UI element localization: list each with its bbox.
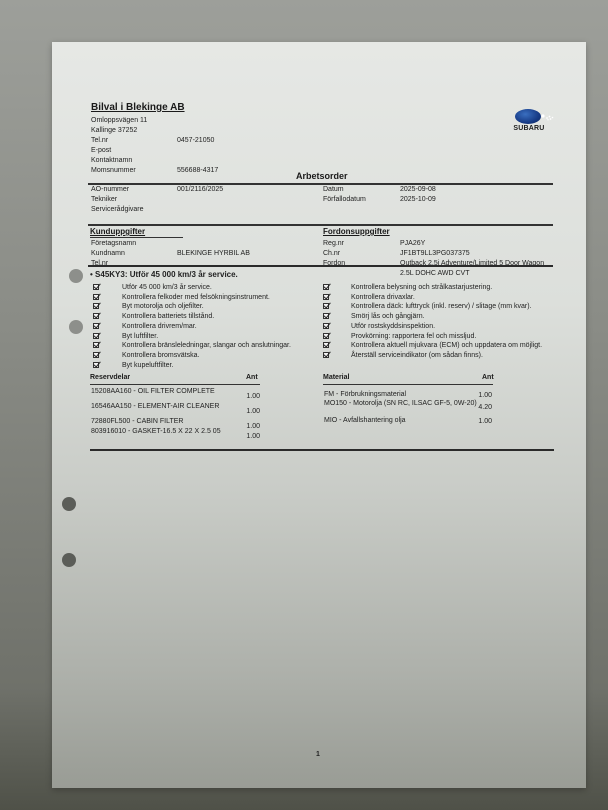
- material-qty: 4.20: [470, 403, 492, 412]
- customer-field-value: BLEKINGE HYRBIL AB: [177, 249, 250, 258]
- vehicle-field-label: Ch.nr: [323, 249, 340, 258]
- order-field-value: 2025-09-08: [400, 185, 436, 194]
- punch-hole: [62, 553, 76, 567]
- vehicle-field-value: 2.5L DOHC AWD CVT: [400, 269, 470, 278]
- work-order-sheet: Bilval i Blekinge AB Omloppsvägen 11 Kal…: [52, 42, 586, 788]
- order-field-label: Förfallodatum: [323, 195, 366, 204]
- task-checkbox[interactable]: [323, 294, 329, 300]
- service-title-text: S45KY3: Utför 45 000 km/3 år service.: [95, 270, 238, 279]
- task-checkbox[interactable]: [93, 294, 99, 300]
- parts-header-qty: Ant: [246, 373, 258, 382]
- subaru-logo: SUBARU: [499, 109, 559, 139]
- vehicle-section-title: Fordonsuppgifter: [323, 227, 390, 236]
- company-field-label: E-post: [91, 146, 111, 155]
- task-checkbox[interactable]: [93, 313, 99, 319]
- task-checkbox[interactable]: [323, 313, 329, 319]
- part-name: 16546AA150 - ELEMENT-AIR CLEANER: [91, 403, 246, 411]
- vehicle-field-label: Reg.nr: [323, 239, 344, 248]
- task-label: Kontrollera belysning och strålkastarjus…: [351, 283, 492, 292]
- task-checkbox[interactable]: [323, 284, 329, 290]
- customer-section-title: Kunduppgifter: [90, 227, 145, 236]
- company-name: Bilval i Blekinge AB: [91, 103, 185, 112]
- task-label: Byt kupeluftfilter.: [122, 361, 173, 370]
- document-title: Arbetsorder: [296, 172, 348, 181]
- task-label: Kontrollera felkoder med felsökningsinst…: [122, 293, 270, 302]
- order-field-value: 2025-10-09: [400, 195, 436, 204]
- page-number: 1: [316, 750, 320, 759]
- customer-field-label: Kundnamn: [91, 249, 125, 258]
- order-field-label: Servicerådgivare: [91, 205, 144, 214]
- part-qty: 1.00: [238, 392, 260, 401]
- task-label: Kontrollera bromsvätska.: [122, 351, 199, 360]
- company-field-label: Kontaktnamn: [91, 156, 132, 165]
- divider: [90, 449, 554, 451]
- company-field-value: 0457-21050: [177, 136, 214, 145]
- task-checkbox[interactable]: [93, 303, 99, 309]
- material-name: MIO - Avfallshantering olja: [324, 417, 479, 425]
- divider: [90, 384, 260, 385]
- material-qty: 1.00: [470, 391, 492, 400]
- task-label: Återställ serviceindikator (om sådan fin…: [351, 351, 483, 360]
- task-label: Byt motorolja och oljefilter.: [122, 302, 204, 311]
- part-qty: 1.00: [238, 432, 260, 441]
- task-label: Byt luftfilter.: [122, 332, 158, 341]
- part-name: 72880FL500 - CABIN FILTER: [91, 418, 246, 426]
- part-name: 803916010 - GASKET-16.5 X 22 X 2.5 05: [91, 428, 246, 436]
- material-qty: 1.00: [470, 417, 492, 426]
- task-label: Utför rostskyddsinspektion.: [351, 322, 435, 331]
- task-checkbox[interactable]: [323, 333, 329, 339]
- task-checkbox[interactable]: [93, 284, 99, 290]
- service-title: • S45KY3: Utför 45 000 km/3 år service.: [90, 270, 238, 279]
- divider: [90, 237, 183, 238]
- divider: [88, 183, 553, 185]
- order-field-value: 001/2116/2025: [177, 185, 223, 194]
- punch-hole: [69, 269, 83, 283]
- order-field-label: AO-nummer: [91, 185, 129, 194]
- company-field-value: 556688-4317: [177, 166, 218, 175]
- order-field-label: Datum: [323, 185, 344, 194]
- punch-hole: [69, 320, 83, 334]
- task-checkbox[interactable]: [93, 352, 99, 358]
- materials-header-name: Material: [323, 373, 349, 382]
- divider: [88, 224, 553, 226]
- company-field-label: Momsnummer: [91, 166, 136, 175]
- brand-name: SUBARU: [499, 125, 559, 132]
- divider: [88, 265, 553, 267]
- vehicle-field-value: PJA26Y: [400, 239, 425, 248]
- task-checkbox[interactable]: [93, 323, 99, 329]
- subaru-star-emblem-icon: [515, 109, 541, 124]
- company-field-label: Tel.nr: [91, 136, 108, 145]
- punch-hole: [62, 497, 76, 511]
- company-address-line1: Omloppsvägen 11: [91, 116, 147, 125]
- materials-header-qty: Ant: [482, 373, 494, 382]
- material-name: FM - Förbrukningsmaterial: [324, 391, 479, 399]
- task-label: Kontrollera aktuell mjukvara (ECM) och u…: [351, 341, 542, 350]
- task-label: Provkörning: rapportera fel och missljud…: [351, 332, 476, 341]
- task-checkbox[interactable]: [93, 362, 99, 368]
- task-checkbox[interactable]: [323, 323, 329, 329]
- customer-field-label: Företagsnamn: [91, 239, 136, 248]
- material-name: MO150 - Motorolja (SN RC, ILSAC GF-5, 0W…: [324, 400, 479, 408]
- task-checkbox[interactable]: [93, 342, 99, 348]
- task-checkbox[interactable]: [93, 333, 99, 339]
- part-name: 15208AA160 - OIL FILTER COMPLETE: [91, 388, 246, 396]
- task-label: Smörj lås och gångjärn.: [351, 312, 425, 321]
- task-label: Kontrollera bränsleledningar, slangar oc…: [122, 341, 291, 350]
- part-qty: 1.00: [238, 407, 260, 416]
- parts-header-name: Reservdelar: [90, 373, 130, 382]
- task-checkbox[interactable]: [323, 303, 329, 309]
- order-field-label: Tekniker: [91, 195, 117, 204]
- vehicle-field-value: JF1BT9LL3PG037375: [400, 249, 470, 258]
- divider: [323, 384, 493, 385]
- task-checkbox[interactable]: [323, 342, 329, 348]
- task-label: Kontrollera batteriets tillstånd.: [122, 312, 214, 321]
- task-label: Utför 45 000 km/3 år service.: [122, 283, 212, 292]
- company-address-line2: Kallinge 37252: [91, 126, 137, 135]
- task-label: Kontrollera däck: lufttryck (inkl. reser…: [351, 302, 532, 311]
- task-checkbox[interactable]: [323, 352, 329, 358]
- task-label: Kontrollera drivaxlar.: [351, 293, 415, 302]
- task-label: Kontrollera drivrem/mar.: [122, 322, 197, 331]
